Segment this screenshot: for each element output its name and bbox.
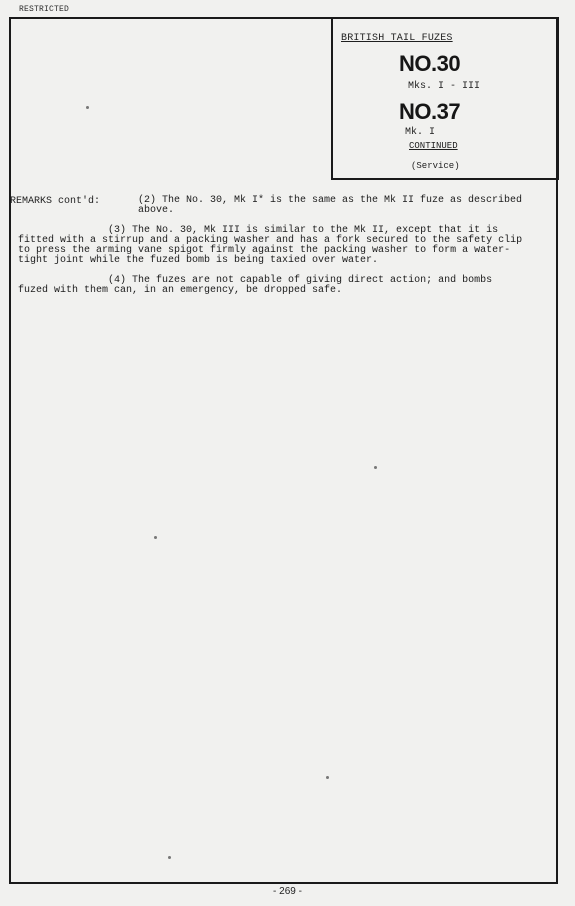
fuze-37-marks: Mk. I bbox=[405, 127, 435, 138]
paper-speck bbox=[86, 106, 89, 109]
service-status: (Service) bbox=[411, 161, 460, 171]
fuze-30-marks: Mks. I - III bbox=[408, 81, 480, 92]
remark-paragraph-4: (4) The fuzes are not capable of giving … bbox=[18, 276, 492, 296]
continued-label: CONTINUED bbox=[409, 141, 458, 151]
paper-speck bbox=[326, 776, 329, 779]
remark-paragraph-2: (2) The No. 30, Mk I* is the same as the… bbox=[138, 196, 522, 216]
fuze-number-37: NO.37 bbox=[399, 99, 460, 125]
remarks-label: REMARKS cont'd: bbox=[10, 196, 100, 207]
fuze-number-30: NO.30 bbox=[399, 51, 460, 77]
paper-speck bbox=[154, 536, 157, 539]
title-heading: BRITISH TAIL FUZES bbox=[341, 33, 453, 44]
paper-speck bbox=[374, 466, 377, 469]
page-number: - 269 - bbox=[0, 886, 575, 897]
remark-paragraph-3: (3) The No. 30, Mk III is similar to the… bbox=[18, 226, 522, 266]
classification-marking: RESTRICTED bbox=[19, 5, 69, 14]
paper-speck bbox=[168, 856, 171, 859]
title-box: BRITISH TAIL FUZES NO.30 Mks. I - III NO… bbox=[331, 17, 559, 180]
